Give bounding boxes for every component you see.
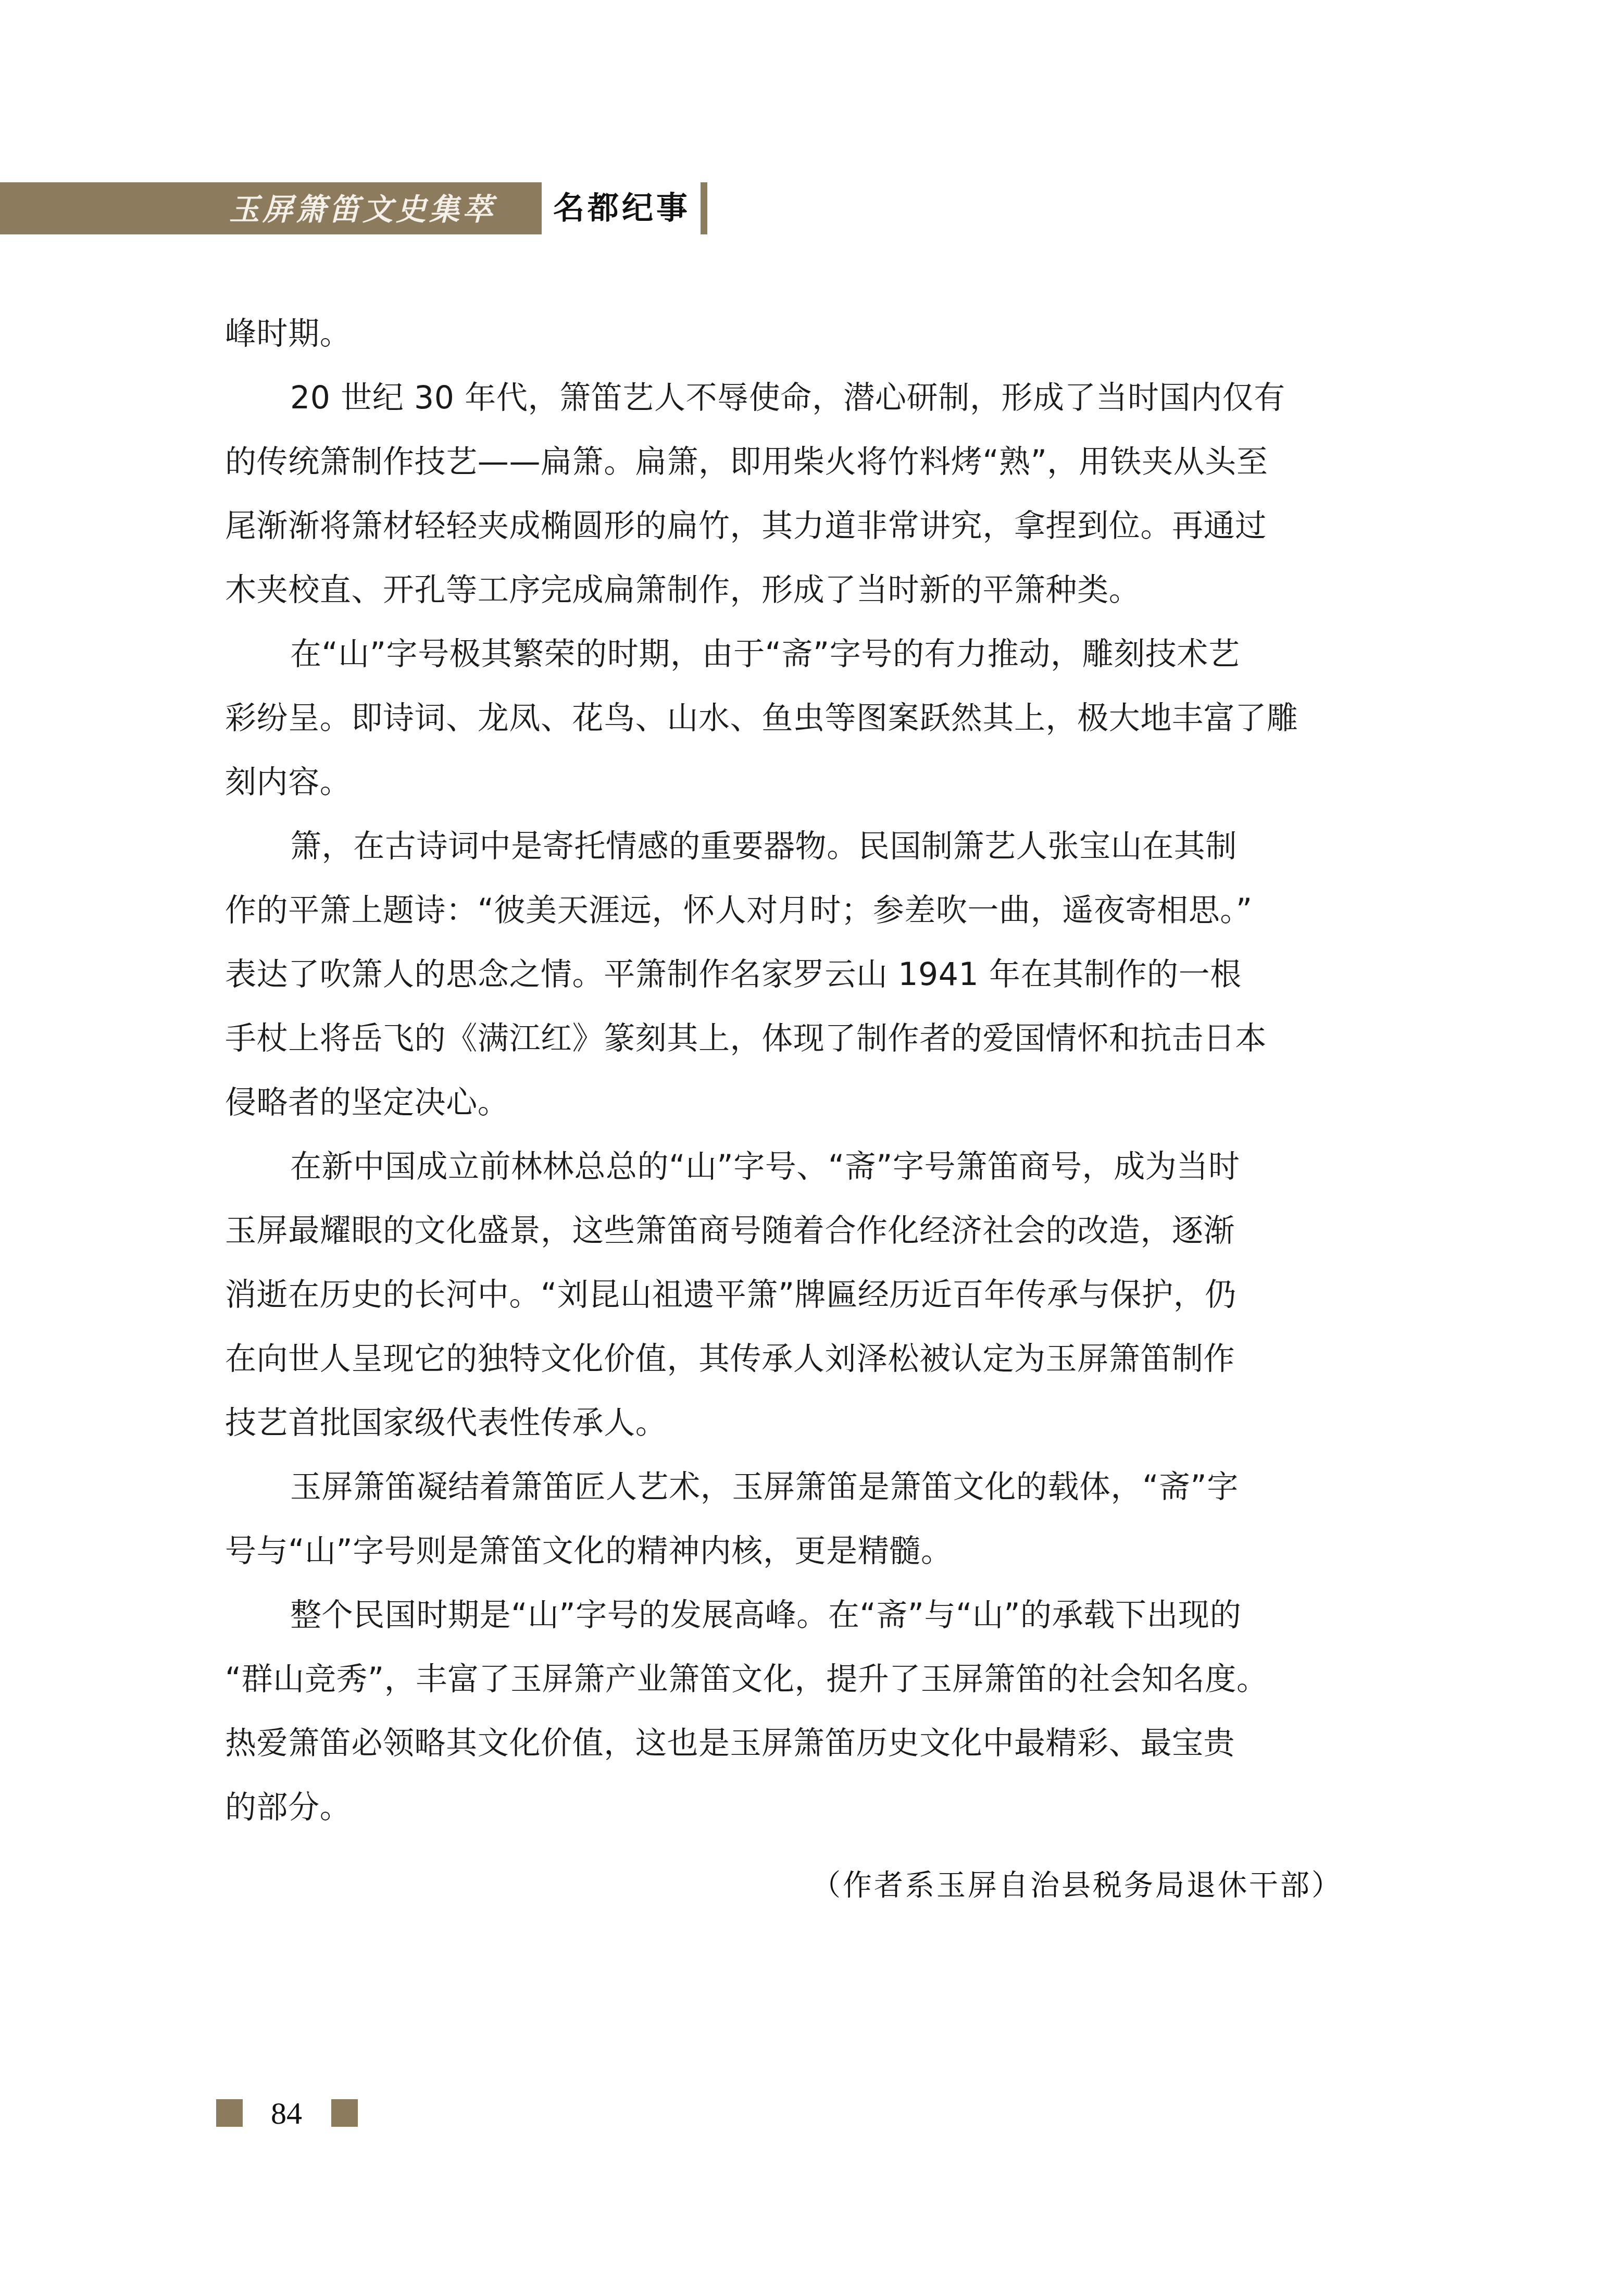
text-line: 在新中国成立前林林总总的“山”字号、“斋”字号箫笛商号，成为当时	[225, 1135, 1340, 1199]
text-line: 玉屏箫笛凝结着箫笛匠人艺术，玉屏箫笛是箫笛文化的载体，“斋”字	[225, 1455, 1340, 1519]
author-note: （作者系玉屏自治县税务局退休干部）	[811, 1860, 1343, 1912]
text-line: 玉屏最耀眼的文化盛景，这些箫笛商号随着合作化经济社会的改造，逐渐	[225, 1199, 1340, 1263]
text-line: “群山竞秀”，丰富了玉屏箫产业箫笛文化，提升了玉屏箫笛的社会知名度。	[225, 1648, 1340, 1712]
text-line: 的部分。	[225, 1776, 1340, 1840]
text-line: 箫，在古诗词中是寄托情感的重要器物。民国制箫艺人张宝山在其制	[225, 815, 1340, 879]
text-line: 的传统箫制作技艺——扁箫。扁箫，即用柴火将竹料烤“熟”，用铁夹从头至	[225, 430, 1340, 494]
article-body: 峰时期。20 世纪 30 年代，箫笛艺人不辱使命，潜心研制，形成了当时国内仅有的…	[225, 302, 1340, 1840]
text-line: 刻内容。	[225, 751, 1340, 815]
footer-square-left-icon	[216, 2099, 243, 2127]
text-line: 号与“山”字号则是箫笛文化的精神内核，更是精髓。	[225, 1519, 1340, 1584]
text-line: 作的平箫上题诗：“彼美天涯远，怀人对月时；参差吹一曲，遥夜寄相思。”	[225, 879, 1340, 943]
text-line: 彩纷呈。即诗词、龙凤、花鸟、山水、鱼虫等图案跃然其上，极大地丰富了雕	[225, 687, 1340, 751]
text-line: 整个民国时期是“山”字号的发展高峰。在“斋”与“山”的承载下出现的	[225, 1584, 1340, 1648]
section-title-accent-bar	[701, 182, 707, 234]
section-title: 名都纪事	[542, 189, 691, 228]
text-line: 在向世人呈现它的独特文化价值，其传承人刘泽松被认定为玉屏箫笛制作	[225, 1327, 1340, 1391]
text-line: 峰时期。	[225, 302, 1340, 366]
text-line: 木夹校直、开孔等工序完成扁箫制作，形成了当时新的平箫种类。	[225, 558, 1340, 622]
series-title-calligraphy: 玉屏箫笛文史集萃	[229, 190, 496, 229]
text-line: 消逝在历史的长河中。“刘昆山祖遗平箫”牌匾经历近百年传承与保护，仍	[225, 1263, 1340, 1327]
text-line: 表达了吹箫人的思念之情。平箫制作名家罗云山 1941 年在其制作的一根	[225, 943, 1340, 1007]
page-number: 84	[266, 2097, 307, 2130]
text-line: 技艺首批国家级代表性传承人。	[225, 1391, 1340, 1455]
text-line: 在“山”字号极其繁荣的时期，由于“斋”字号的有力推动，雕刻技术艺	[225, 622, 1340, 687]
text-line: 尾渐渐将箫材轻轻夹成椭圆形的扁竹，其力道非常讲究，拿捏到位。再通过	[225, 494, 1340, 558]
footer-square-right-icon	[331, 2099, 358, 2127]
text-line: 20 世纪 30 年代，箫笛艺人不辱使命，潜心研制，形成了当时国内仅有	[225, 366, 1340, 430]
text-line: 侵略者的坚定决心。	[225, 1071, 1340, 1135]
text-line: 手杖上将岳飞的《满江红》篆刻其上，体现了制作者的爱国情怀和抗击日本	[225, 1007, 1340, 1071]
text-line: 热爱箫笛必领略其文化价值，这也是玉屏箫笛历史文化中最精彩、最宝贵	[225, 1712, 1340, 1776]
